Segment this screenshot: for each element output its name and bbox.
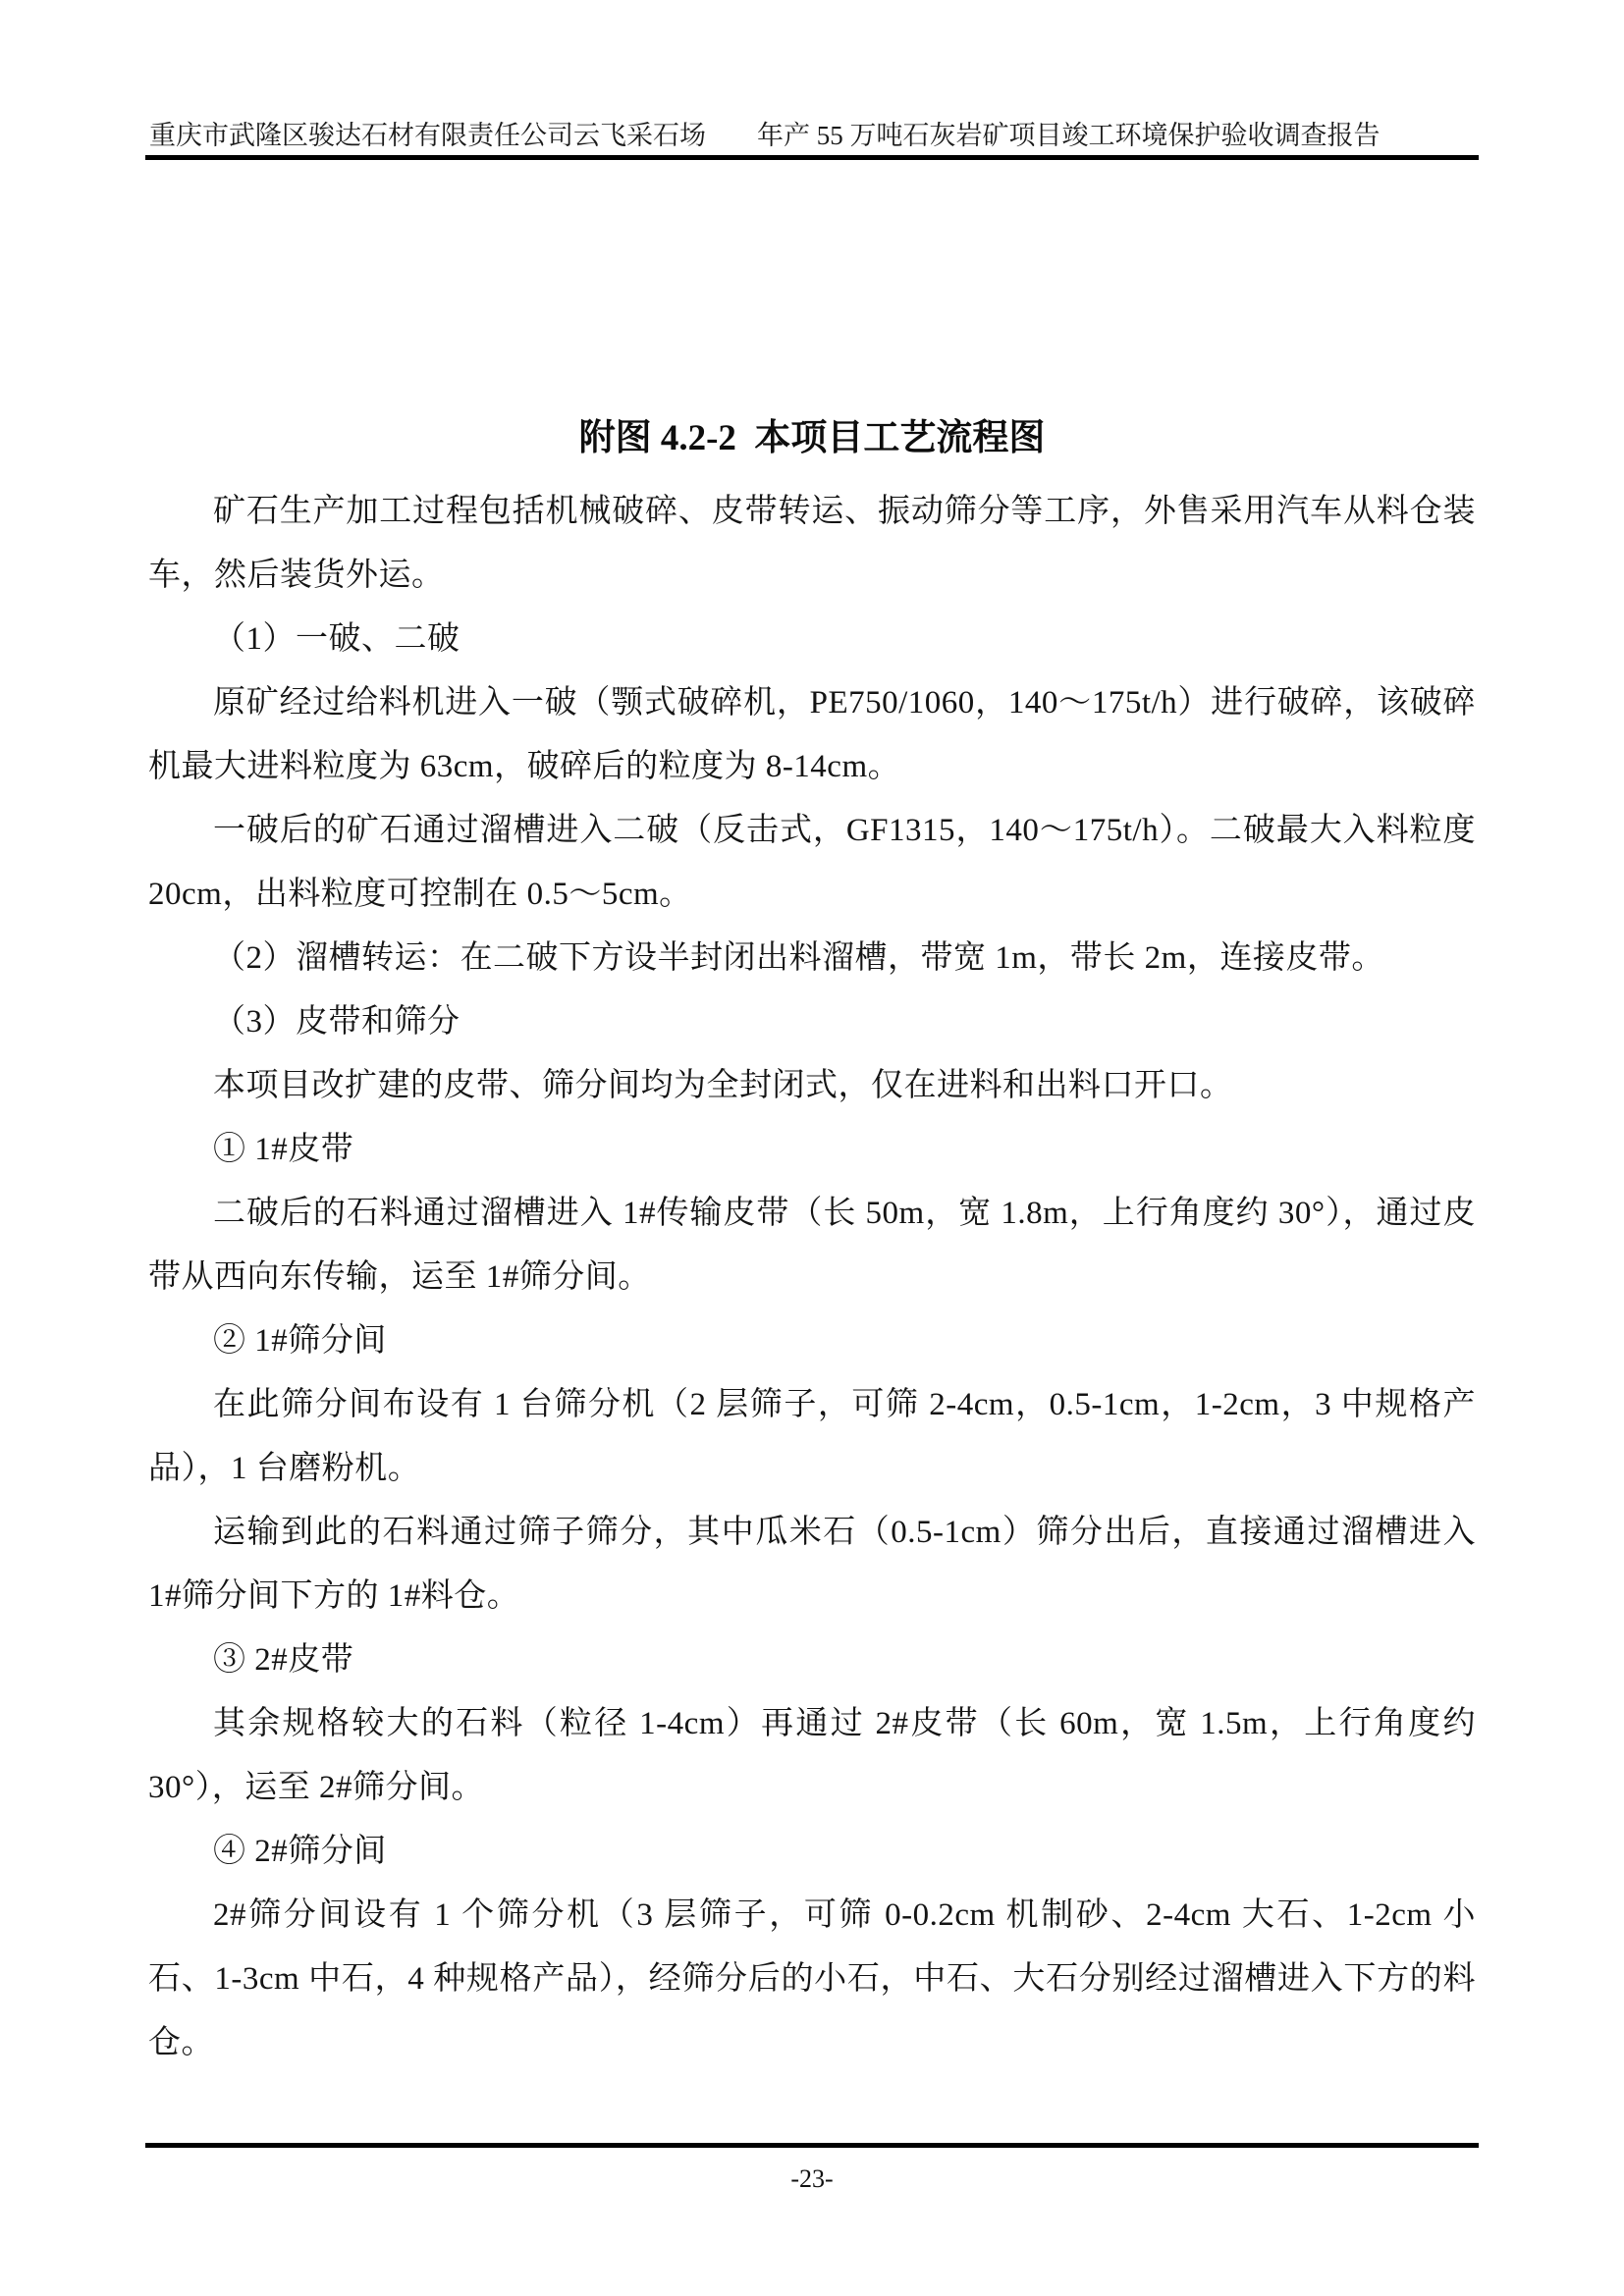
paragraph: 一破后的矿石通过溜槽进入二破（反击式，GF1315，140～175t/h）。二破… <box>148 799 1476 927</box>
paragraph: 2#筛分间设有 1 个筛分机（3 层筛子，可筛 0-0.2cm 机制砂、2-4c… <box>148 1884 1476 2075</box>
paragraph: （1）一破、二破 <box>148 608 1476 671</box>
figure-title: 附图 4.2-2 本项目工艺流程图 <box>0 415 1624 462</box>
document-page: 重庆市武隆区骏达石材有限责任公司云飞采石场 年产 55 万吨石灰岩矿项目竣工环境… <box>0 0 1624 2296</box>
header-rule <box>145 155 1479 160</box>
paragraph: 矿石生产加工过程包括机械破碎、皮带转运、振动筛分等工序，外售采用汽车从料仓装车，… <box>148 480 1476 608</box>
paragraph: ② 1#筛分间 <box>148 1309 1476 1373</box>
paragraph: 本项目改扩建的皮带、筛分间均为全封闭式，仅在进料和出料口开口。 <box>148 1054 1476 1118</box>
page-header: 重庆市武隆区骏达石材有限责任公司云飞采石场 年产 55 万吨石灰岩矿项目竣工环境… <box>149 116 1477 155</box>
footer-rule <box>145 2143 1479 2148</box>
document-body: 矿石生产加工过程包括机械破碎、皮带转运、振动筛分等工序，外售采用汽车从料仓装车，… <box>148 480 1476 2075</box>
paragraph: 二破后的石料通过溜槽进入 1#传输皮带（长 50m，宽 1.8m，上行角度约 3… <box>148 1182 1476 1309</box>
paragraph: ④ 2#筛分间 <box>148 1820 1476 1884</box>
paragraph: （3）皮带和筛分 <box>148 990 1476 1054</box>
paragraph: （2）溜槽转运：在二破下方设半封闭出料溜槽，带宽 1m，带长 2m，连接皮带。 <box>148 927 1476 990</box>
paragraph: 原矿经过给料机进入一破（颚式破碎机，PE750/1060，140～175t/h）… <box>148 671 1476 799</box>
header-report-title: 年产 55 万吨石灰岩矿项目竣工环境保护验收调查报告 <box>757 116 1380 155</box>
page-number: -23- <box>0 2160 1624 2199</box>
paragraph: ① 1#皮带 <box>148 1118 1476 1182</box>
header-company-name: 重庆市武隆区骏达石材有限责任公司云飞采石场 <box>149 116 706 155</box>
paragraph: 在此筛分间布设有 1 台筛分机（2 层筛子，可筛 2-4cm，0.5-1cm，1… <box>148 1373 1476 1501</box>
paragraph: 其余规格较大的石料（粒径 1-4cm）再通过 2#皮带（长 60m，宽 1.5m… <box>148 1692 1476 1820</box>
paragraph: ③ 2#皮带 <box>148 1629 1476 1692</box>
paragraph: 运输到此的石料通过筛子筛分，其中瓜米石（0.5-1cm）筛分出后，直接通过溜槽进… <box>148 1501 1476 1629</box>
